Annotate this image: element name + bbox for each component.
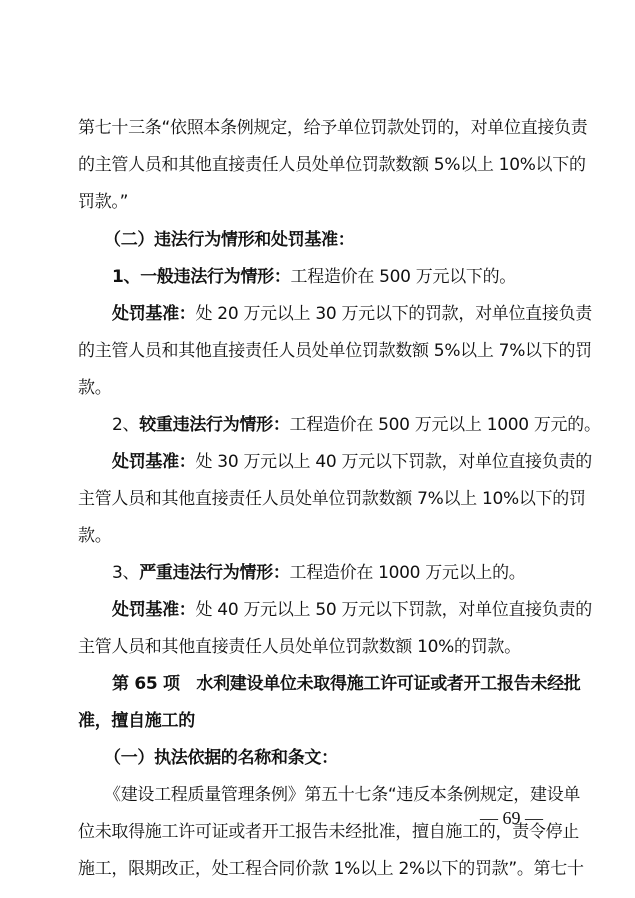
text-run: 较重违法行为情形： xyxy=(139,415,289,435)
text-run: 一般违法行为情形： xyxy=(140,267,290,287)
text-run: 处罚基准： xyxy=(112,600,196,620)
text-run: 处 30 万元以上 40 万元以下罚款，对单位直接负责的 xyxy=(196,452,592,472)
text-run: 的主管人员和其他直接责任人员处单位罚款数额 5%以上 10%以下的 xyxy=(78,155,586,175)
text-line: 的主管人员和其他直接责任人员处单位罚款数额 5%以上 10%以下的 xyxy=(78,155,560,175)
text-run: 第 65 项 水利建设单位未取得施工许可证或者开工报告未经批 xyxy=(112,674,581,694)
text-line: 罚款。” xyxy=(78,192,560,212)
text-run: 款。 xyxy=(78,378,111,398)
text-run: 工程造价在 500 万元以下的。 xyxy=(291,267,516,287)
text-line: 2、较重违法行为情形：工程造价在 500 万元以上 1000 万元的。 xyxy=(78,415,594,435)
text-line: 主管人员和其他直接责任人员处单位罚款数额 7%以上 10%以下的罚 xyxy=(78,489,560,509)
text-line: 处罚基准：处 30 万元以上 40 万元以下罚款，对单位直接负责的 xyxy=(78,452,594,472)
section-heading: （二）违法行为情形和处罚基准： xyxy=(78,230,586,250)
text-run: 第七十三条“依照本条例规定，给予单位罚款处罚的，对单位直接负责 xyxy=(78,118,588,138)
text-run: 工程造价在 500 万元以上 1000 万元的。 xyxy=(290,415,601,435)
text-run: 处罚基准： xyxy=(112,304,196,324)
page-number: — 69 — xyxy=(480,808,543,829)
text-line: 施工，限期改正，处工程合同价款 1%以上 2%以下的罚款”。第七十 xyxy=(78,859,560,879)
text-run: 处 20 万元以上 30 万元以下的罚款，对单位直接负责 xyxy=(196,304,592,324)
text-run: 3、 xyxy=(112,563,139,583)
text-run: 《建设工程质量管理条例》第五十七条“违反本条例规定，建设单 xyxy=(104,785,580,805)
text-line: 款。 xyxy=(78,378,560,398)
item-heading: 第 65 项 水利建设单位未取得施工许可证或者开工报告未经批 xyxy=(78,674,594,694)
text-run: 主管人员和其他直接责任人员处单位罚款数额 10%的罚款。 xyxy=(78,637,521,657)
text-run: 准，擅自施工的 xyxy=(78,711,195,731)
text-line: 款。 xyxy=(78,526,560,546)
text-run: （一）执法依据的名称和条文： xyxy=(104,748,338,768)
text-run: 主管人员和其他直接责任人员处单位罚款数额 7%以上 10%以下的罚 xyxy=(78,489,586,509)
text-run: 的主管人员和其他直接责任人员处单位罚款数额 5%以上 7%以下的罚 xyxy=(78,341,592,361)
text-line: 处罚基准：处 40 万元以上 50 万元以下罚款，对单位直接负责的 xyxy=(78,600,594,620)
text-line: 第七十三条“依照本条例规定，给予单位罚款处罚的，对单位直接负责 xyxy=(78,118,560,138)
text-run: 工程造价在 1000 万元以上的。 xyxy=(290,563,526,583)
text-run: 罚款。” xyxy=(78,192,128,212)
text-line: 的主管人员和其他直接责任人员处单位罚款数额 5%以上 7%以下的罚 xyxy=(78,341,560,361)
text-run: 严重违法行为情形： xyxy=(139,563,289,583)
text-run: 1、 xyxy=(112,267,140,287)
text-line: 处罚基准：处 20 万元以上 30 万元以下的罚款，对单位直接负责 xyxy=(78,304,594,324)
text-run: 款。 xyxy=(78,526,111,546)
text-run: 施工，限期改正，处工程合同价款 1%以上 2%以下的罚款”。第七十 xyxy=(78,859,584,879)
text-run: （二）违法行为情形和处罚基准： xyxy=(104,230,355,250)
item-heading-cont: 准，擅自施工的 xyxy=(78,711,560,731)
text-line: 主管人员和其他直接责任人员处单位罚款数额 10%的罚款。 xyxy=(78,637,560,657)
text-line: 《建设工程质量管理条例》第五十七条“违反本条例规定，建设单 xyxy=(78,785,586,805)
text-line: 1、一般违法行为情形：工程造价在 500 万元以下的。 xyxy=(78,267,594,287)
section-heading: （一）执法依据的名称和条文： xyxy=(78,748,586,768)
text-run: 2、 xyxy=(112,415,139,435)
text-run: 处 40 万元以上 50 万元以下罚款，对单位直接负责的 xyxy=(196,600,592,620)
text-run: 处罚基准： xyxy=(112,452,196,472)
text-line: 3、严重违法行为情形：工程造价在 1000 万元以上的。 xyxy=(78,563,594,583)
